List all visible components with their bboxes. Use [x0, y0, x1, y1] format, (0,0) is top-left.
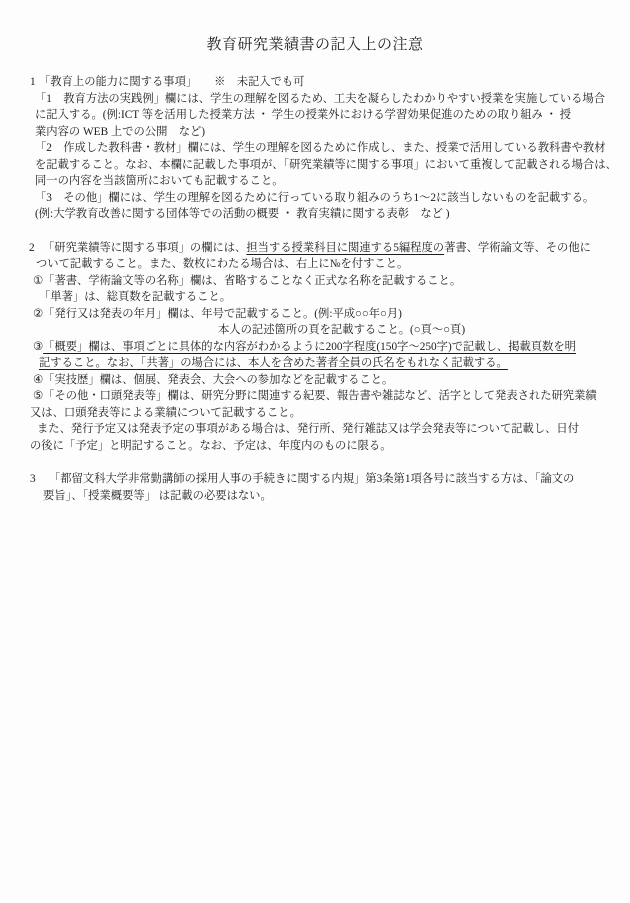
section-2-intro-post: 著書、学術論文等、その他に: [444, 242, 591, 254]
section-2-item-5-continuation-3: の後に「予定」と明記すること。なお、予定は、年度内のものに限る。: [0, 438, 630, 455]
item-1-text: 「著書、学術論文等の名称」欄は、省略することなく正式な名称を記載すること。: [43, 275, 461, 287]
section-2-item-2: ②「発行又は発表の年月」欄は、年号で記載すること。(例:平成○○年○月): [0, 306, 630, 323]
section-2-intro-underlined: 担当する授業科目に関連する5編程度の: [246, 242, 444, 254]
section-2-intro-pre: 「研究業績等に関する事項」の欄には、: [43, 242, 246, 254]
section-1-line-2: に記入する。(例:ICT 等を活用した授業方法 ・ 学生の授業外における学習効果…: [0, 107, 630, 124]
section-3-number: 3: [30, 471, 49, 488]
section-1-line-1: 「1 教育方法の実践例」欄には、学生の理解を図るため、工夫を凝らしたわかりやすい…: [0, 91, 630, 108]
section-3-line-2: 要旨」、「授業概要等」 は記載の必要はない。: [0, 488, 630, 505]
section-2-item-4: ④「実技歴」欄は、個展、発表会、大会への参加などを記載すること。: [0, 372, 630, 389]
item-3-underlined-line-2: 記すること。なお、「共著」の場合には、本人を含めた著者全員の氏名をもれなく記載す…: [39, 357, 508, 369]
section-1-line-5: を記載すること。なお、本欄に記載した事項が、「研究業績等に関する事項」において重…: [0, 157, 630, 174]
section-3-heading-line: 3「都留文科大学非常勤講師の採用人事の手続きに関する内規」第3条第1項各号に該当…: [0, 471, 630, 488]
section-3-line-1: 「都留文科大学非常勤講師の採用人事の手続きに関する内規」第3条第1項各号に該当す…: [49, 473, 574, 485]
item-2-text: 「発行又は発表の年月」欄は、年号で記載すること。(例:平成○○年○月): [43, 308, 402, 320]
section-2-heading-line: 2「研究業績等に関する事項」の欄には、担当する授業科目に関連する5編程度の著書、…: [0, 240, 630, 257]
item-4-marker: ④: [33, 372, 43, 389]
section-1-heading: 「教育上の能力に関する事項」 ※ 未記入でも可: [39, 76, 304, 88]
section-1-line-8: (例:大学教育改善に関する団体等での活動の概要 ・ 教育実績に関する表彰 など …: [0, 206, 630, 223]
section-2: 2「研究業績等に関する事項」の欄には、担当する授業科目に関連する5編程度の著書、…: [0, 240, 630, 455]
section-2-intro-continuation: ついて記載すること。また、数枚にわたる場合は、右上に№を付すこと。: [0, 256, 630, 273]
item-5-marker: ⑤: [33, 388, 43, 405]
section-1-line-7: 「3 その他」欄には、学生の理解を図るために行っている取り組みのうち1～2に該当…: [0, 190, 630, 207]
section-1-line-3: 業内容の WEB 上での公開 など): [0, 124, 630, 141]
document-title: 教育研究業績書の記入上の注意: [0, 34, 630, 56]
section-2-item-1-continuation: 「単著」は、総頁数を記載すること。: [0, 289, 630, 306]
item-1-marker: ①: [33, 273, 43, 290]
section-1: 1「教育上の能力に関する事項」 ※ 未記入でも可 「1 教育方法の実践例」欄には…: [0, 74, 630, 223]
section-2-item-1: ①「著書、学術論文等の名称」欄は、省略することなく正式な名称を記載すること。: [0, 273, 630, 290]
section-3: 3「都留文科大学非常勤講師の採用人事の手続きに関する内規」第3条第1項各号に該当…: [0, 471, 630, 504]
section-2-item-3-continuation: 記すること。なお、「共著」の場合には、本人を含めた著者全員の氏名をもれなく記載す…: [0, 355, 630, 372]
section-1-heading-line: 1「教育上の能力に関する事項」 ※ 未記入でも可: [0, 74, 630, 91]
section-2-item-5: ⑤「その他・口頭発表等」欄は、研究分野に関連する紀要、報告書や雑誌など、活字とし…: [0, 388, 630, 405]
item-4-text: 「実技歴」欄は、個展、発表会、大会への参加などを記載すること。: [43, 374, 393, 386]
section-2-item-5-continuation-2: また、発行予定又は発表予定の事項がある場合は、発行所、発行雑誌又は学会発表等につ…: [0, 421, 630, 438]
item-3-underlined-line-1: 「概要」欄は、事項ごとに具体的な内容がわかるように200字程度(150字～250…: [43, 341, 576, 353]
item-3-marker: ③: [33, 339, 43, 356]
section-1-number: 1: [30, 74, 39, 91]
section-2-number: 2: [29, 240, 43, 257]
section-1-line-6: 同一の内容を当該箇所においても記載すること。: [0, 173, 630, 190]
section-1-line-4: 「2 作成した教科書・教材」欄には、学生の理解を図るために作成し、また、授業で活…: [0, 140, 630, 157]
item-5-text: 「その他・口頭発表等」欄は、研究分野に関連する紀要、報告書や雑誌など、活字として…: [43, 390, 597, 402]
section-2-item-5-continuation-1: 又は、口頭発表等による業績について記載すること。: [0, 405, 630, 422]
item-2-marker: ②: [33, 306, 43, 323]
section-2-item-3: ③「概要」欄は、事項ごとに具体的な内容がわかるように200字程度(150字～25…: [0, 339, 630, 356]
document-page: 教育研究業績書の記入上の注意 1「教育上の能力に関する事項」 ※ 未記入でも可 …: [0, 0, 630, 903]
section-2-item-2-continuation: 本人の記述箇所の頁を記載すること。(○頁～○頁): [0, 322, 630, 339]
